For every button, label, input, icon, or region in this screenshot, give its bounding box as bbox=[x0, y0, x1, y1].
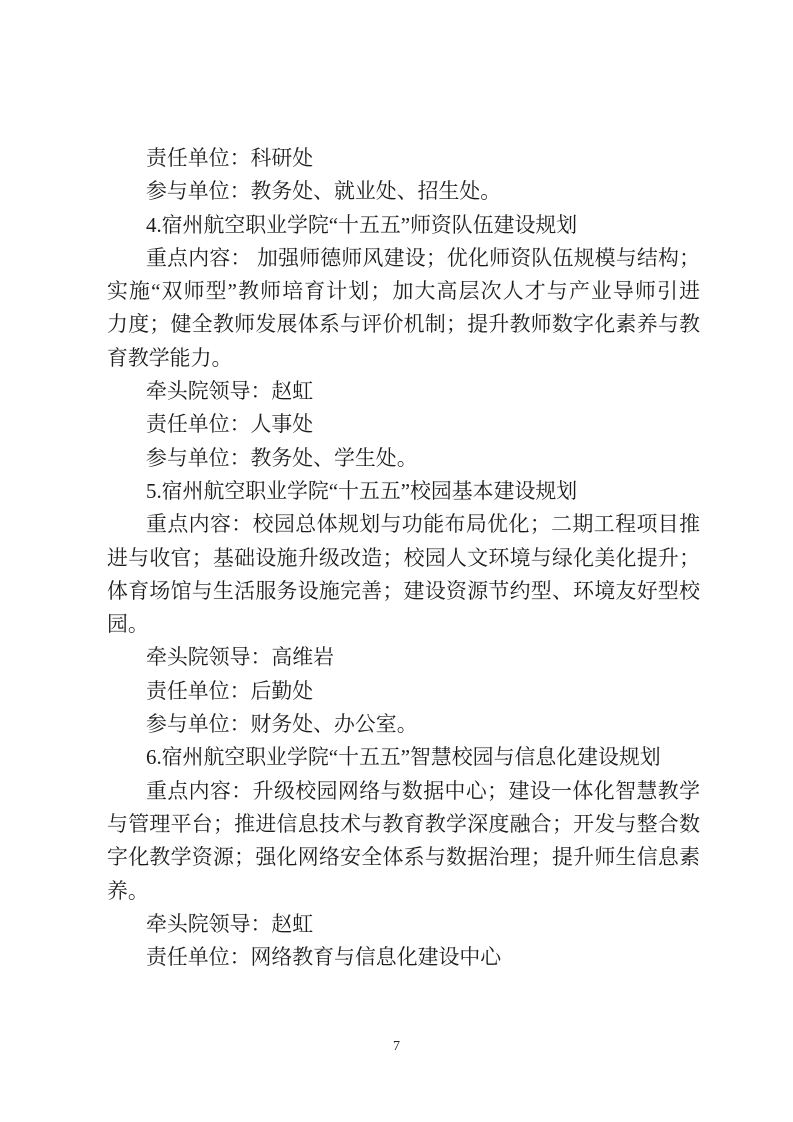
line-key-content-item5-cont3: 园。 bbox=[107, 608, 700, 641]
line-participating-unit-item3: 参与单位：教务处、就业处、招生处。 bbox=[107, 175, 700, 208]
heading-item4-teacher-plan: 4.宿州航空职业学院“十五五”师资队伍建设规划 bbox=[107, 209, 700, 242]
heading-item5-campus-plan: 5.宿州航空职业学院“十五五”校园基本建设规划 bbox=[107, 475, 700, 508]
line-key-content-item6-cont1: 与管理平台；推进信息技术与教育教学深度融合；开发与整合数 bbox=[107, 808, 700, 841]
page-number: 7 bbox=[0, 1038, 793, 1056]
line-key-content-item6: 重点内容：升级校园网络与数据中心；建设一体化智慧教学 bbox=[107, 775, 700, 808]
line-responsible-unit-item5: 责任单位：后勤处 bbox=[107, 675, 700, 708]
heading-item6-smart-campus-plan: 6.宿州航空职业学院“十五五”智慧校园与信息化建设规划 bbox=[107, 741, 700, 774]
line-key-content-item5-cont1: 进与收官；基础设施升级改造；校园人文环境与绿化美化提升； bbox=[107, 542, 700, 575]
line-key-content-item5-cont2: 体育场馆与生活服务设施完善；建设资源节约型、环境友好型校 bbox=[107, 575, 700, 608]
line-key-content-item6-cont2: 字化教学资源；强化网络安全体系与数据治理；提升师生信息素 bbox=[107, 841, 700, 874]
document-page: 责任单位：科研处 参与单位：教务处、就业处、招生处。 4.宿州航空职业学院“十五… bbox=[0, 0, 793, 1122]
line-lead-leader-item4: 牵头院领导：赵虹 bbox=[107, 375, 700, 408]
line-key-content-item4-cont3: 育教学能力。 bbox=[107, 342, 700, 375]
line-key-content-item6-cont3: 养。 bbox=[107, 875, 700, 908]
document-text-block: 责任单位：科研处 参与单位：教务处、就业处、招生处。 4.宿州航空职业学院“十五… bbox=[107, 142, 700, 974]
line-key-content-item5: 重点内容：校园总体规划与功能布局优化；二期工程项目推 bbox=[107, 508, 700, 541]
line-participating-unit-item4: 参与单位：教务处、学生处。 bbox=[107, 442, 700, 475]
line-responsible-unit-item3: 责任单位：科研处 bbox=[107, 142, 700, 175]
line-key-content-item4: 重点内容： 加强师德师风建设；优化师资队伍规模与结构； bbox=[107, 242, 700, 275]
line-lead-leader-item6: 牵头院领导：赵虹 bbox=[107, 908, 700, 941]
line-key-content-item4-cont1: 实施“双师型”教师培育计划；加大高层次人才与产业导师引进 bbox=[107, 275, 700, 308]
line-key-content-item4-cont2: 力度；健全教师发展体系与评价机制；提升教师数字化素养与教 bbox=[107, 308, 700, 341]
line-responsible-unit-item4: 责任单位：人事处 bbox=[107, 408, 700, 441]
line-lead-leader-item5: 牵头院领导：高维岩 bbox=[107, 641, 700, 674]
line-participating-unit-item5: 参与单位：财务处、办公室。 bbox=[107, 708, 700, 741]
line-responsible-unit-item6: 责任单位：网络教育与信息化建设中心 bbox=[107, 941, 700, 974]
